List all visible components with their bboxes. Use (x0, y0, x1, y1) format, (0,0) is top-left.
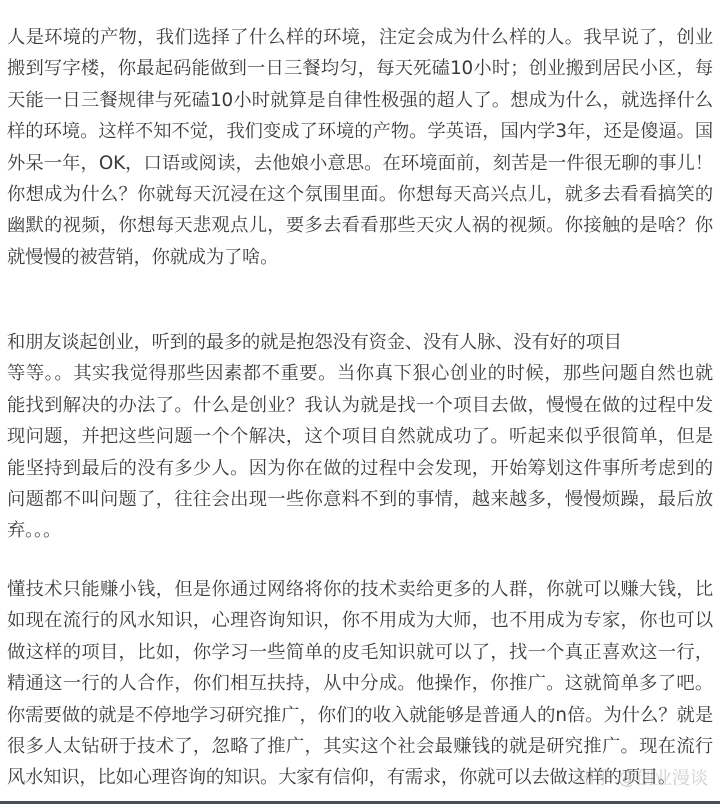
text-line: 你需要做的就是不停地学习研究推广，你们的收入就能够是普通人的n倍。为什么？就是 (7, 700, 713, 731)
text-line: 你想成为什么？你就每天沉浸在这个氛围里面。你想每天高兴点儿，就多去看看搞笑的 (7, 179, 713, 210)
text-line: 做这样的项目，比如，你学习一些简单的皮毛知识就可以了，找一个真正喜欢这一行， (7, 637, 713, 668)
text-line: 能找到解决的办法了。什么是创业？我认为就是找一个项目去做，慢慢在做的过程中发 (7, 390, 713, 421)
text-line: 就慢慢的被营销，你就成为了啥。 (7, 242, 713, 273)
text-line: 弃。。。 (7, 515, 713, 546)
text-line: 和朋友谈起创业，听到的最多的就是抱怨没有资金、没有人脉、没有好的项目 (7, 327, 713, 358)
text-line: 外呆一年，OK，口语或阅读，去他娘小意思。在环境面前，刻苦是一件很无聊的事儿！ (7, 148, 713, 179)
text-line: 人是环境的产物，我们选择了什么样的环境，注定会成为什么样的人。我早说了，创业 (7, 22, 713, 53)
text-line: 风水知识，比如心理咨询的知识。大家有信仰，有需求，你就可以去做这样的项目。 (7, 762, 713, 793)
text-line: 搬到写字楼，你最起码能做到一日三餐均匀，每天死磕10小时；创业搬到居民小区，每 (7, 53, 713, 84)
text-line: 能坚持到最后的没有多少人。因为你在做的过程中会发现，开始筹划这件事所考虑到的 (7, 453, 713, 484)
text-line: 现问题，并把这些问题一个个解决，这个项目自然就成功了。听起来似乎很简单，但是 (7, 421, 713, 452)
paragraph-promotion: 懂技术只能赚小钱，但是你通过网络将你的技术卖给更多的人群，你就可以赚大钱，比 如… (7, 574, 713, 794)
text-line: 如现在流行的风水知识，心理咨询知识，你不用成为大师，也不用成为专家，你也可以 (7, 605, 713, 636)
text-line: 很多人太钻研于技术了，忽略了推广，其实这个社会最赚钱的就是研究推广。现在流行 (7, 731, 713, 762)
text-line: 懂技术只能赚小钱，但是你通过网络将你的技术卖给更多的人群，你就可以赚大钱，比 (7, 574, 713, 605)
text-line: 样的环境。这样不知不觉，我们变成了环境的产物。学英语，国内学3年，还是傻逼。国 (7, 116, 713, 147)
text-line: 精通这一行的人合作，你们相互扶持，从中分成。他操作，你推广。这就简单多了吧。 (7, 668, 713, 699)
paragraph-startup: 和朋友谈起创业，听到的最多的就是抱怨没有资金、没有人脉、没有好的项目 等等。。其… (7, 327, 713, 547)
text-line: 天能一日三餐规律与死磕10小时就算是自律性极强的超人了。想成为什么，就选择什么 (7, 85, 713, 116)
paragraph-environment: 人是环境的产物，我们选择了什么样的环境，注定会成为什么样的人。我早说了，创业 搬… (7, 22, 713, 273)
text-line: 等等。。其实我觉得那些因素都不重要。当你真下狠心创业的时候，那些问题自然也就 (7, 358, 713, 389)
text-line: 问题都不叫问题了，往往会出现一些你意料不到的事情，越来越多，慢慢烦躁，最后放 (7, 484, 713, 515)
text-line: 幽默的视频，你想每天悲观点儿，要多去看看那些天灾人祸的视频。你接触的是啥？你 (7, 210, 713, 241)
